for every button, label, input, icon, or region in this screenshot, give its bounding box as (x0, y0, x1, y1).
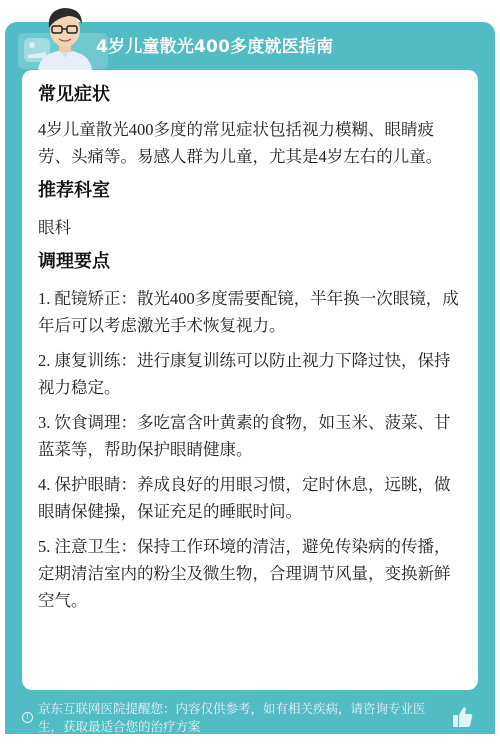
doctor-avatar (30, 2, 100, 70)
section-heading-symptoms: 常见症状 (38, 82, 462, 108)
care-item: 3. 饮食调理：多吃富含叶黄素的食物，如玉米、菠菜、甘蓝菜等，帮助保护眼睛健康。 (38, 409, 462, 463)
section-heading-department: 推荐科室 (38, 178, 462, 204)
page-title: 4岁儿童散光400多度就医指南 (96, 32, 333, 57)
care-item: 1. 配镜矫正：散光400多度需要配镜，半年换一次眼镜，成年后可以考虑激光手术恢… (38, 285, 462, 339)
symptoms-text: 4岁儿童散光400多度的常见症状包括视力模糊、眼睛疲劳、头痛等。易感人群为儿童，… (38, 116, 462, 170)
care-item: 5. 注意卫生：保持工作环境的清洁，避免传染病的传播，定期清洁室内的粉尘及微生物… (38, 533, 462, 614)
department-text: 眼科 (38, 214, 462, 241)
disclaimer-text: 京东互联网医院提醒您：内容仅供参考，如有相关疾病，请咨询专业医生，获取最适合您的… (22, 700, 442, 736)
section-heading-care: 调理要点 (38, 249, 462, 275)
care-item: 2. 康复训练：进行康复训练可以防止视力下降过快，保持视力稳定。 (38, 347, 462, 401)
thumbs-up-icon[interactable] (453, 706, 473, 728)
care-item: 4. 保护眼睛：养成良好的用眼习惯，定时休息，远眺，做眼睛保健操，保证充足的睡眠… (38, 471, 462, 525)
content-panel: 常见症状 4岁儿童散光400多度的常见症状包括视力模糊、眼睛疲劳、头痛等。易感人… (22, 70, 478, 690)
